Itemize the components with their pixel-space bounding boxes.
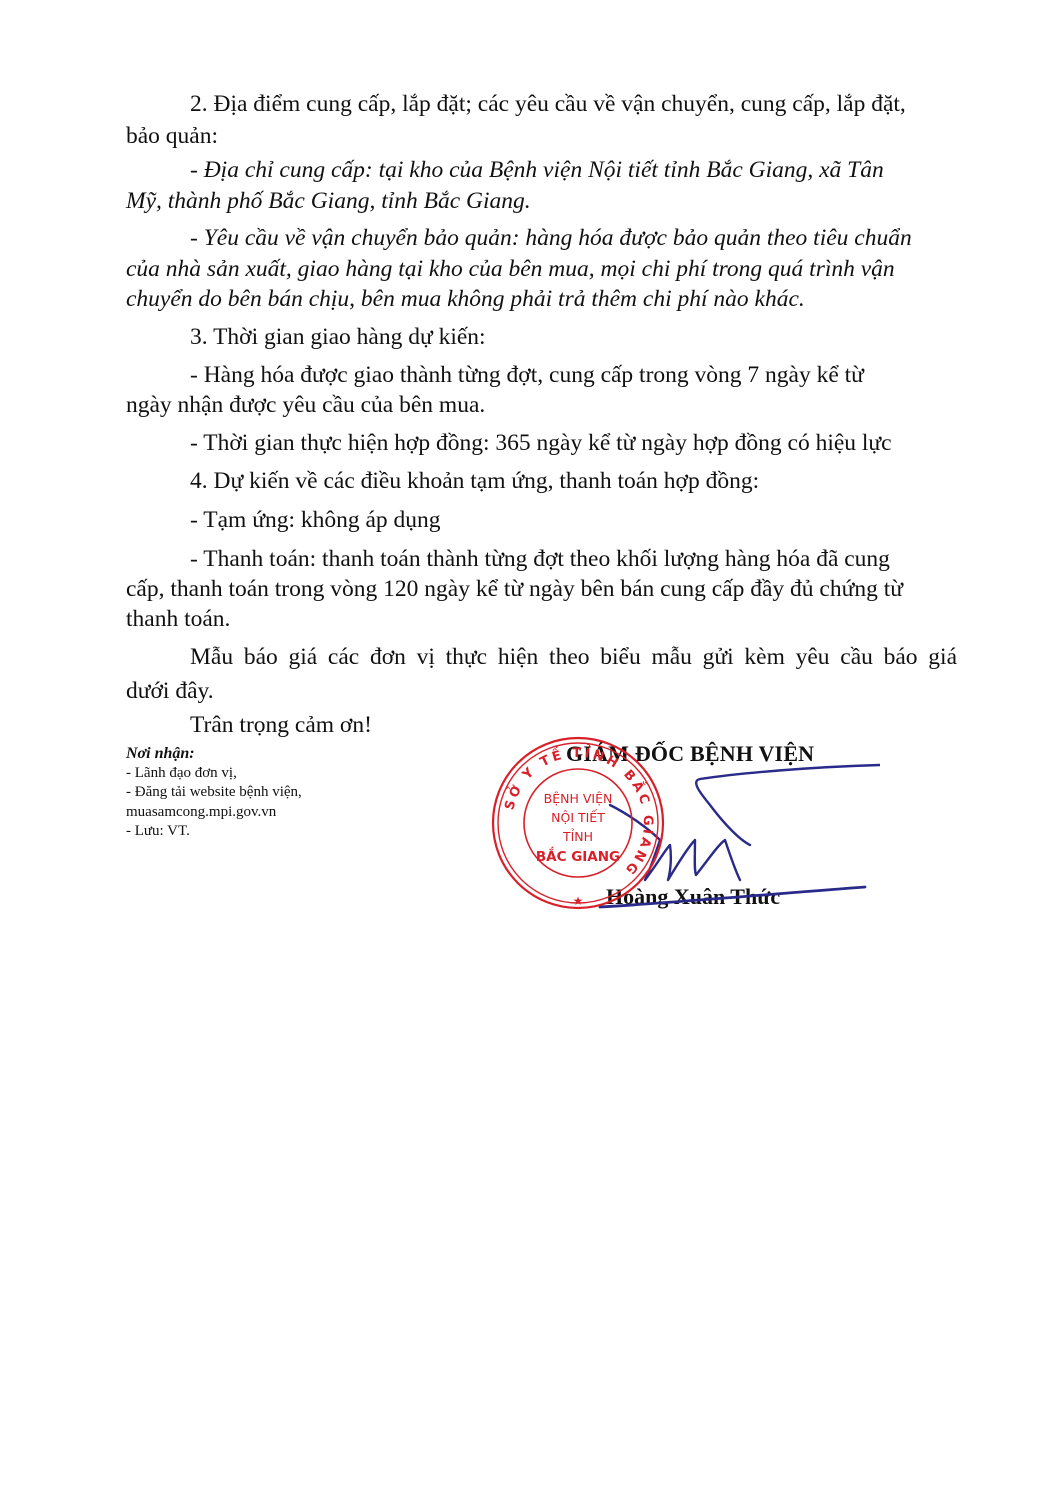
recipient-item: - Đăng tải website bệnh viện, <box>126 783 302 803</box>
body-line: 2. Địa điểm cung cấp, lắp đặt; các yêu c… <box>190 90 906 118</box>
stamp-star-icon: ★ <box>573 894 584 908</box>
body-line: bảo quản: <box>126 122 218 150</box>
recipients-title: Nơi nhận: <box>126 744 302 764</box>
body-line: chuyển do bên bán chịu, bên mua không ph… <box>126 285 805 313</box>
stamp-inner-line: BẮC GIANG <box>536 846 620 865</box>
section-heading: 4. Dự kiến về các điều khoản tạm ứng, th… <box>190 467 759 495</box>
body-line: ngày nhận được yêu cầu của bên mua. <box>126 391 485 419</box>
stamp-inner-line: BỆNH VIỆN <box>544 791 613 806</box>
body-line: Mỹ, thành phố Bắc Giang, tỉnh Bắc Giang. <box>126 187 531 215</box>
recipient-item: muasamcong.mpi.gov.vn <box>126 803 302 823</box>
recipients-block: Nơi nhận: - Lãnh đạo đơn vị, - Đăng tải … <box>126 744 302 842</box>
body-line: của nhà sản xuất, giao hàng tại kho của … <box>126 255 895 283</box>
body-line: - Thời gian thực hiện hợp đồng: 365 ngày… <box>190 429 892 457</box>
body-line: dưới đây. <box>126 677 214 705</box>
body-line: - Địa chỉ cung cấp: tại kho của Bệnh việ… <box>190 156 884 184</box>
recipient-item: - Lãnh đạo đơn vị, <box>126 764 302 784</box>
body-line: Mẫu báo giá các đơn vị thực hiện theo bi… <box>190 643 957 671</box>
body-line: - Yêu cầu về vận chuyển bảo quản: hàng h… <box>190 224 912 252</box>
body-line: - Tạm ứng: không áp dụng <box>190 506 441 534</box>
body-line: cấp, thanh toán trong vòng 120 ngày kể t… <box>126 575 903 603</box>
recipient-item: - Lưu: VT. <box>126 822 302 842</box>
closing-line: Trân trọng cảm ơn! <box>190 711 372 739</box>
stamp-inner-line: TỈNH <box>562 828 593 844</box>
body-line: thanh toán. <box>126 605 230 633</box>
stamp-inner-line: NỘI TIẾT <box>551 809 605 825</box>
official-stamp: SỞ Y TẾ TỈNH BẮC GIANG BỆNH VIỆN NỘI TIẾ… <box>490 735 666 911</box>
section-heading: 3. Thời gian giao hàng dự kiến: <box>190 323 486 351</box>
body-line: - Hàng hóa được giao thành từng đợt, cun… <box>190 361 864 389</box>
body-line: - Thanh toán: thanh toán thành từng đợt … <box>190 545 890 573</box>
